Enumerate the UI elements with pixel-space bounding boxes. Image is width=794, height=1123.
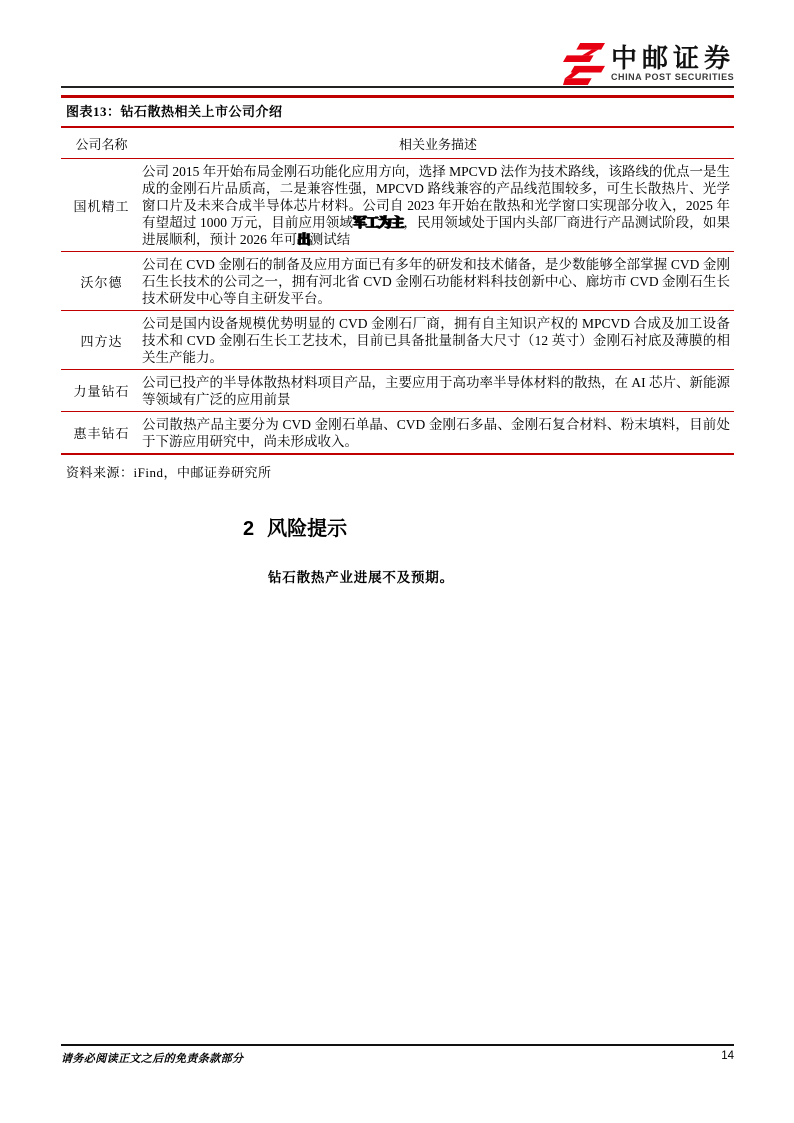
company-table: 公司名称 相关业务描述 国机精工 公司 2015 年开始布局金刚石功能化应用方向… [61,126,734,455]
table-row: 力量钻石 公司已投产的半导体散热材料项目产品，主要应用于高功率半导体材料的散热，… [61,370,734,412]
company-name: 沃尔德 [61,252,142,310]
brand-name-cn: 中邮证券 [611,44,735,72]
description-segment: 测试结 [310,232,351,247]
table-header-row: 公司名称 相关业务描述 [61,128,734,159]
page-number: 14 [721,1050,734,1062]
company-description: 公司 2015 年开始布局金刚石功能化应用方向，选择 MPCVD 法作为技术路线… [142,159,731,251]
section-heading: 2 风险提示 [243,512,347,541]
header-rule-red [61,95,734,98]
column-header-description: 相关业务描述 [142,128,734,158]
table-row: 四方达 公司是国内设备规模优势明显的 CVD 金刚石厂商，拥有自主知识产权的 M… [61,311,734,370]
company-name: 国机精工 [61,159,142,251]
company-name: 惠丰钻石 [61,412,142,453]
risk-statement: 钻石散热产业进展不及预期。 [268,566,454,586]
brand-name-en: CHINA POST SECURITIES [611,72,734,82]
footer: 请务必阅读正文之后的免责条款部分 14 [61,1050,734,1066]
china-post-emblem-icon [563,41,605,85]
table-row: 惠丰钻石 公司散热产品主要分为 CVD 金刚石单晶、CVD 金刚石多晶、金刚石复… [61,412,734,453]
data-source-note: 资料来源：iFind，中邮证券研究所 [61,462,734,481]
table-row: 沃尔德 公司在 CVD 金刚石的制备及应用方面已有多年的研发和技术储备，是少数能… [61,252,734,311]
section-number: 2 [243,518,254,541]
column-header-company: 公司名称 [61,128,142,158]
brand-header: 中邮证券 CHINA POST SECURITIES [563,41,735,85]
company-name: 力量钻石 [61,370,142,411]
brand-text: 中邮证券 CHINA POST SECURITIES [611,44,735,82]
figure-block: 图表13：钻石散热相关上市公司介绍 公司名称 相关业务描述 国机精工 公司 20… [61,104,734,481]
company-description: 公司在 CVD 金刚石的制备及应用方面已有多年的研发和技术储备，是少数能够全部掌… [142,252,731,310]
table-row: 国机精工 公司 2015 年开始布局金刚石功能化应用方向，选择 MPCVD 法作… [61,159,734,252]
footer-disclaimer: 请务必阅读正文之后的免责条款部分 [61,1050,243,1066]
figure-title: 图表13：钻石散热相关上市公司介绍 [61,104,734,120]
header-rule-dark [61,86,734,88]
company-description: 公司散热产品主要分为 CVD 金刚石单晶、CVD 金刚石多晶、金刚石复合材料、粉… [142,412,731,453]
company-description: 公司已投产的半导体散热材料项目产品，主要应用于高功率半导体材料的散热，在 AI … [142,370,731,411]
company-description: 公司是国内设备规模优势明显的 CVD 金刚石厂商，拥有自主知识产权的 MPCVD… [142,311,731,369]
report-page: 中邮证券 CHINA POST SECURITIES 图表13：钻石散热相关上市… [0,0,794,1123]
overprinted-text: 出 [297,232,310,247]
footer-rule [61,1044,734,1046]
section-title: 风险提示 [267,512,347,541]
company-name: 四方达 [61,311,142,369]
overprinted-text: 军工为主 [353,215,403,230]
